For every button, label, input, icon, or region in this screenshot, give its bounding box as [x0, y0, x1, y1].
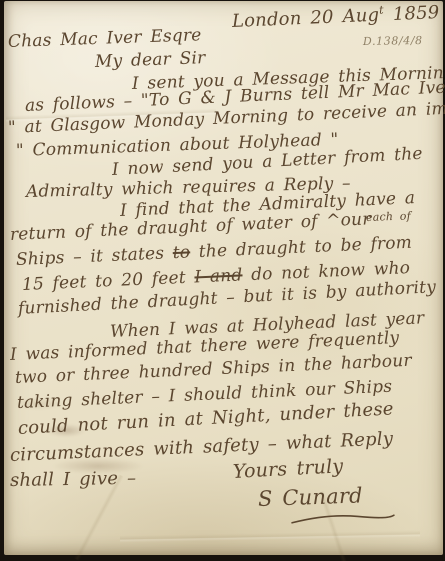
letter-line: shall I give – — [10, 470, 137, 490]
struck-text: to — [172, 242, 190, 263]
letter-photograph: London 20 Augt 1859 D.138/4/8 Chas Mac I… — [0, 0, 445, 561]
salutation: My dear Sir — [95, 50, 206, 71]
archive-reference: D.138/4/8 — [363, 35, 423, 47]
signature: S Cunard — [258, 485, 363, 510]
interlinear-insertion: each of — [366, 210, 411, 223]
signature-flourish — [288, 508, 399, 531]
dateline-text: 1859 — [384, 2, 440, 25]
struck-text: I and — [194, 265, 243, 287]
